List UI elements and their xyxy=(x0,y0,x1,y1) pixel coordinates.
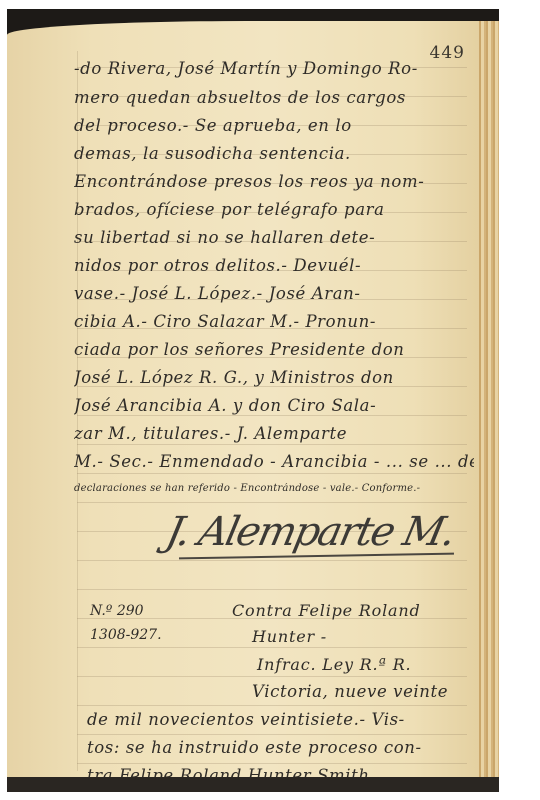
text-line: tos: se ha instruido este proceso con- xyxy=(87,738,472,757)
signature: J. Alemparte M. xyxy=(162,509,458,555)
text-line: demas, la susodicha sentencia. xyxy=(74,144,474,163)
text-line: José Arancibia A. y don Ciro Sala- xyxy=(74,396,474,415)
text-line: José L. López R. G., y Ministros don xyxy=(74,368,474,387)
case-number: N.º 290 xyxy=(90,603,144,619)
text-line: zar M., titulares.- J. Alemparte xyxy=(74,424,474,443)
text-line: cibia A.- Ciro Salazar M.- Pronun- xyxy=(74,312,474,331)
text-line: su libertad si no se hallaren dete- xyxy=(74,228,474,247)
page-stack-edge xyxy=(479,21,499,783)
text-line: vase.- José L. López.- José Aran- xyxy=(74,284,474,303)
text-line: ciada por los señores Presidente don xyxy=(74,340,474,359)
text-line: M.- Sec.- Enmendado - Arancibia - ... se… xyxy=(74,452,474,471)
case-caption-line: Contra Felipe Roland xyxy=(232,601,421,620)
case-reference: 1308-927. xyxy=(90,627,162,643)
text-line: de mil novecientos veintisiete.- Vis- xyxy=(87,710,472,729)
text-line: Encontrándose presos los reos ya nom- xyxy=(74,172,474,191)
case-caption-line: Hunter - xyxy=(252,627,327,646)
scanned-ledger-photo: 449 -do Rivera, José Martín y Domingo Ro… xyxy=(7,9,499,792)
text-line: -do Rivera, José Martín y Domingo Ro- xyxy=(74,59,474,78)
ledger-page: 449 -do Rivera, José Martín y Domingo Ro… xyxy=(7,21,485,781)
text-line: brados, ofíciese por telégrafo para xyxy=(74,200,474,219)
text-line: nidos por otros delitos.- Devuél- xyxy=(74,256,474,275)
text-line: mero quedan absueltos de los cargos xyxy=(74,88,474,107)
text-line: del proceso.- Se aprueba, en lo xyxy=(74,116,474,135)
case-caption-line: Infrac. Ley R.ª R. xyxy=(257,655,411,674)
text-line-annotation: declaraciones se han referido - Encontrá… xyxy=(74,483,474,494)
book-cover-edge xyxy=(7,777,499,792)
text-line: Victoria, nueve veinte xyxy=(252,682,472,701)
